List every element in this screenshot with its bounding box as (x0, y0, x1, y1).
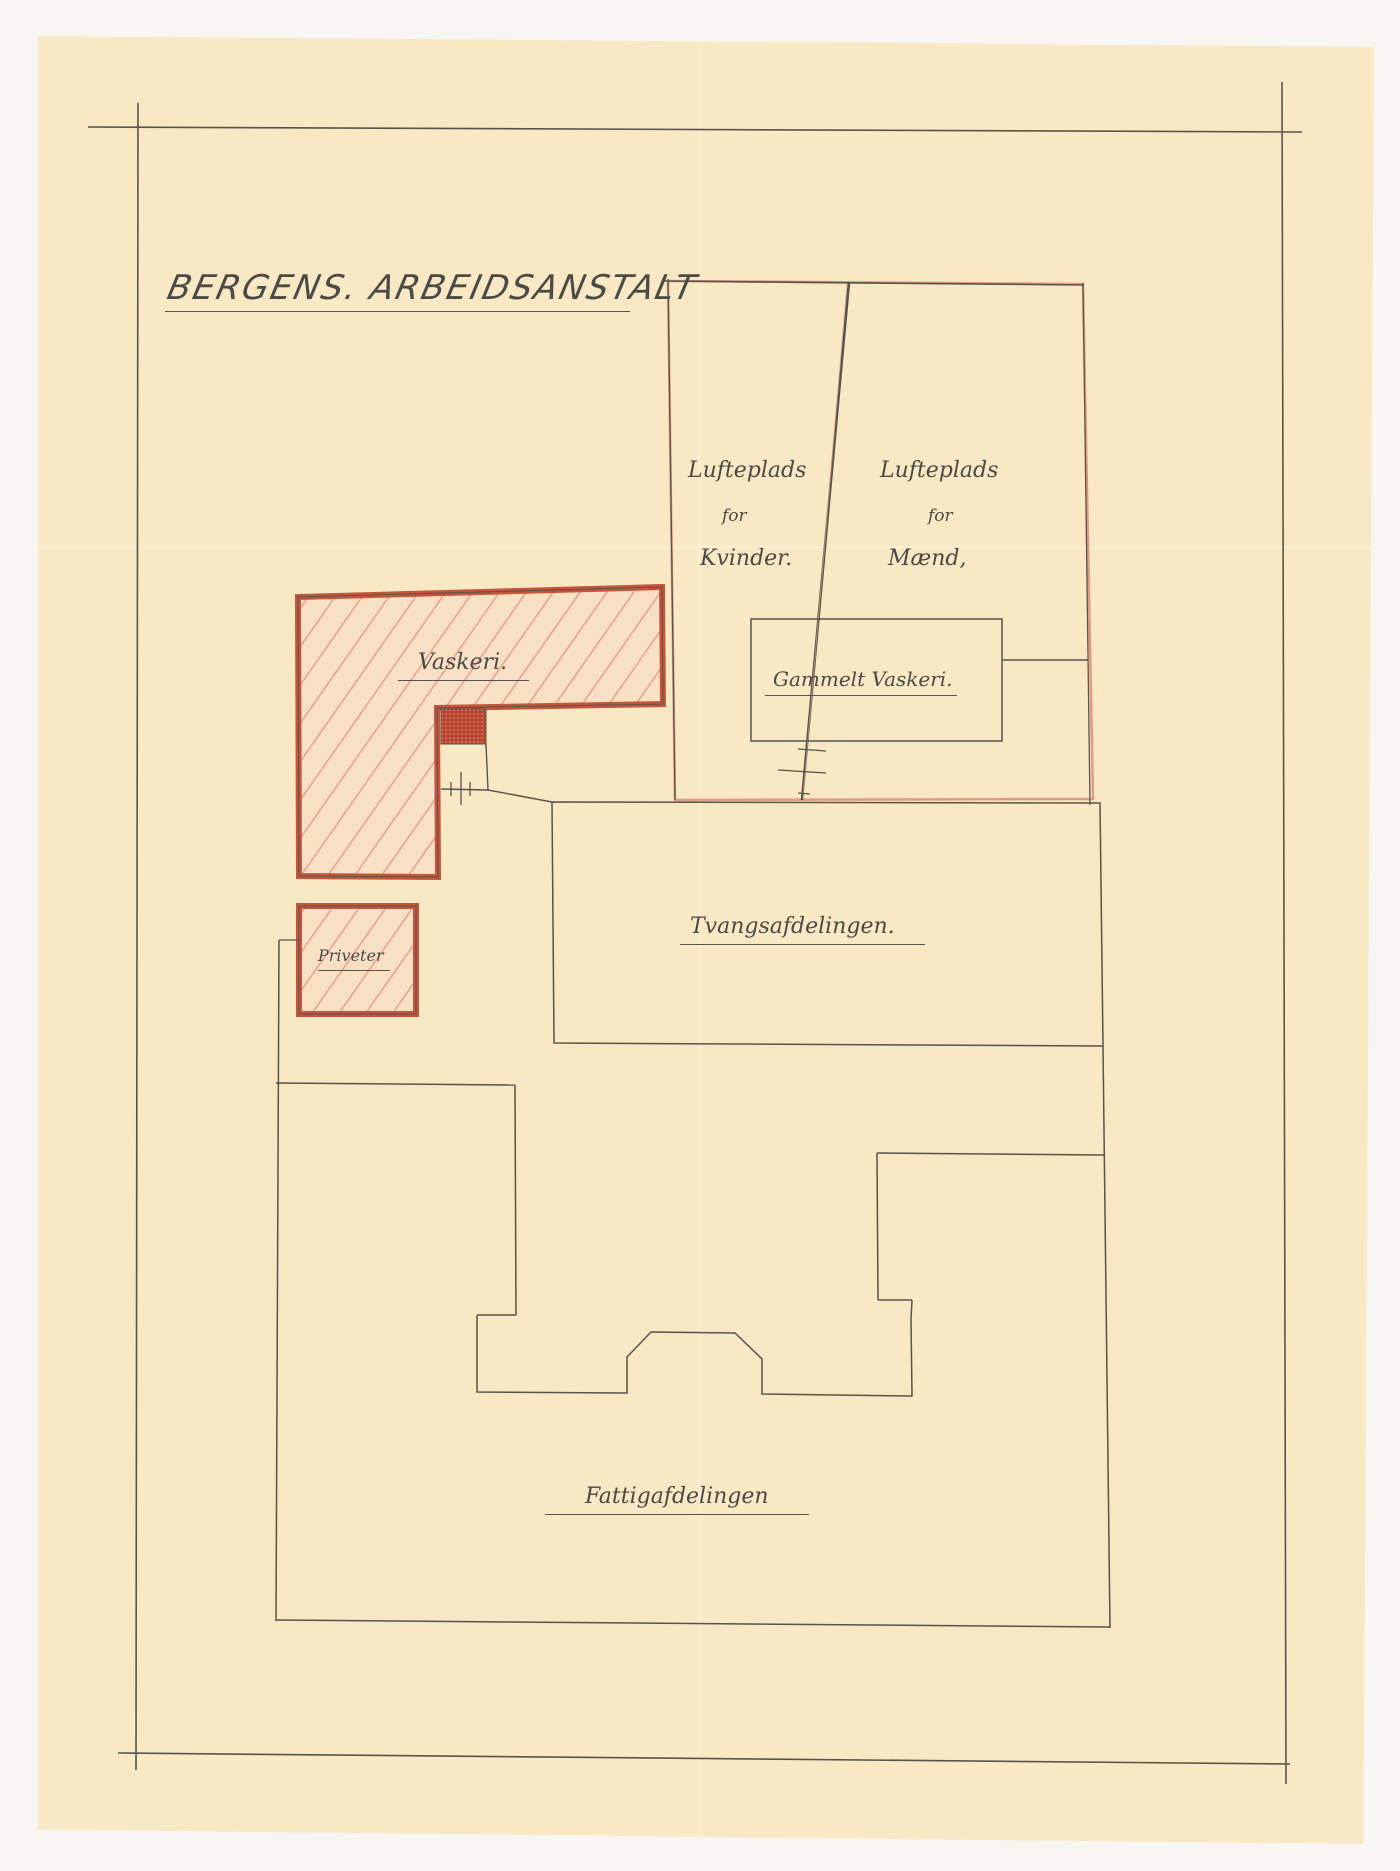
laundry-label: Vaskeri. (398, 652, 529, 681)
document-title: BERGENS. ARBEIDSANSTALT (164, 268, 701, 308)
airing-yards (664, 279, 1093, 805)
yard-women-label-line1: Lufteplads (688, 460, 806, 482)
title-underline (165, 311, 630, 312)
forced-labour-wing-label: Tvangsafdelingen. (680, 916, 925, 945)
yard-women-label-line3: Kvinder. (700, 548, 792, 570)
yard-men-label-line1: Lufteplads (880, 460, 998, 482)
privies-label: Priveter (318, 948, 390, 971)
yard-women-label-line2: for (722, 508, 747, 525)
yard-men-label-line3: Mænd, (888, 548, 966, 570)
yard-men-label-line2: for (928, 508, 953, 525)
old-laundry-label: Gammelt Vaskeri. (765, 669, 957, 696)
poor-wing-label: Fattigafdelingen (545, 1486, 809, 1515)
laundry-building (298, 587, 663, 877)
